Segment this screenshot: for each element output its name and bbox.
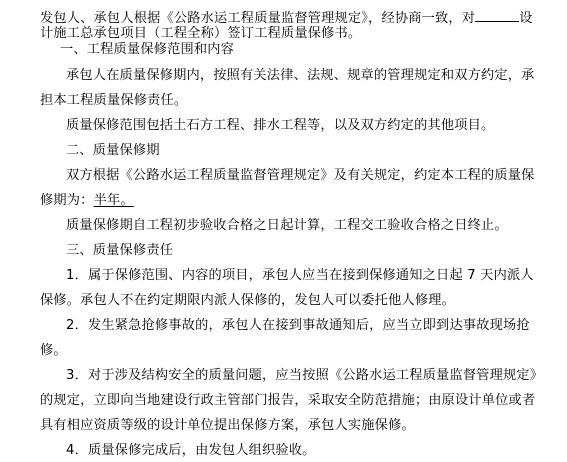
section3-item1-line2: 保修。承包人不在约定期限内派人保修的，发包人可以委托他人修理。 xyxy=(40,293,455,309)
warranty-period-value: 半年。 xyxy=(94,193,134,208)
project-name-blank xyxy=(475,9,519,22)
section1-para1-line1: 承包人在质量保修期内，按照有关法律、法规、规章的管理规定和双方约定，承 xyxy=(66,68,535,84)
section1-para2: 质量保修范围包括土石方工程、排水工程等，以及双方约定的其他项目。 xyxy=(66,118,494,134)
section3-item3-line1: 3．对于涉及结构安全的质量问题，应当按照《公路水运工程质量监督管理规定》 xyxy=(66,368,543,384)
intro-line-1: 发包人、承包人根据《公路水运工程质量监督管理规定》，经协商一致，对设 xyxy=(40,9,533,27)
section3-item3-line3: 具有相应资质等级的设计单位提出保修方案，承包人实施保修。 xyxy=(40,418,415,434)
section3-item2-line1: 2．发生紧急抢修事故的，承包人在接到事故通知后，应当立即到达事故现场抢 xyxy=(66,318,530,334)
section3-item3-line2: 的规定，立即向当地建设行政主管部门报告，采取安全防范措施；由原设计单位或者 xyxy=(40,393,535,409)
section1-heading: 一、工程质量保修范围和内容 xyxy=(60,42,234,58)
section1-para1-line2: 担本工程质量保修责任。 xyxy=(40,93,187,109)
section3-item2-line2: 修。 xyxy=(40,343,67,359)
warranty-period-label: 修期为： xyxy=(40,193,94,208)
intro-text: 发包人、承包人根据《公路水运工程质量监督管理规定》，经协商一致，对 xyxy=(40,11,475,26)
section3-item1-line1: 1．属于保修范围、内容的项目，承包人应当在接到保修通知之日起 7 天内派人 xyxy=(66,268,534,284)
intro-text-cont: 设 xyxy=(519,11,532,26)
intro-line-2: 计施工总承包项目（工程全称）签订工程质量保修书。 xyxy=(40,26,361,42)
section3-item4: 4．质量保修完成后，由发包人组织验收。 xyxy=(66,443,316,459)
section2-para1-line1: 双方根据《公路水运工程质量监督管理规定》及有关规定，约定本工程的质量保 xyxy=(66,168,535,184)
section2-para2: 质量保修期自工程初步验收合格之日起计算，工程交工验收合格之日终止。 xyxy=(66,218,508,234)
section3-heading: 三、质量保修责任 xyxy=(66,243,173,259)
section2-para1-line2: 修期为：半年。 xyxy=(40,193,134,209)
section2-heading: 二、质量保修期 xyxy=(66,143,160,159)
